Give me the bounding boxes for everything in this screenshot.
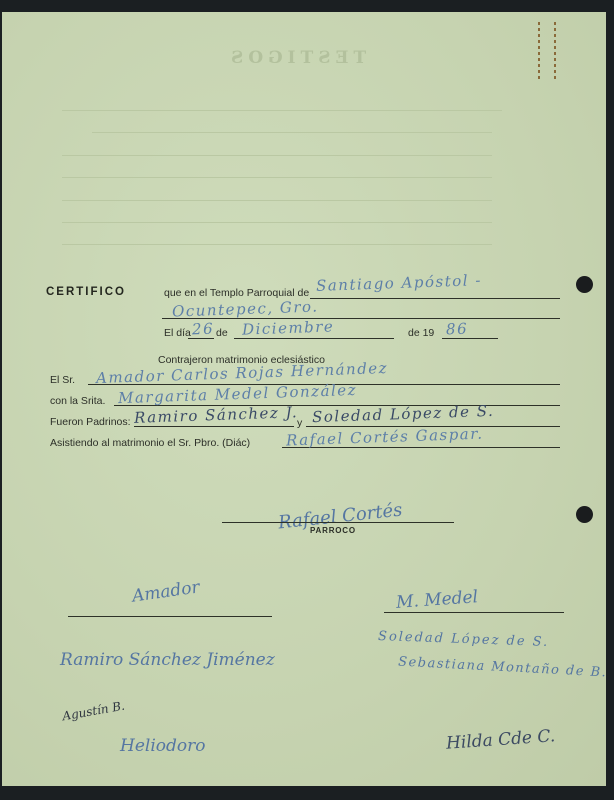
day-value: 26	[192, 320, 215, 339]
right-signature: M. Medel	[395, 587, 478, 613]
godparents-and: y	[297, 417, 302, 429]
showthrough-title: TESTIGOS	[226, 48, 366, 68]
showthrough-line	[62, 222, 492, 223]
showthrough-line	[62, 177, 492, 178]
staple-mark	[538, 22, 540, 82]
witness-signature: Sebastiana Montaño de B.	[398, 655, 608, 681]
parroco-line	[222, 522, 454, 523]
groom-label: El Sr.	[50, 374, 75, 386]
month-line	[234, 338, 394, 339]
certifico-heading: CERTIFICO	[46, 286, 126, 298]
showthrough-line	[62, 200, 492, 201]
showthrough-line	[62, 155, 492, 156]
godparent1-value: Ramiro Sánchez J.	[134, 403, 299, 427]
certificate-page: TESTIGOS CERTIFICO que en el Templo Parr…	[2, 12, 606, 786]
godparents-label: Fueron Padrinos:	[50, 416, 131, 428]
showthrough-line	[92, 132, 492, 133]
month-label: de	[216, 327, 228, 339]
right-signature-line	[384, 612, 564, 613]
temple-line	[310, 298, 560, 299]
bride-label: con la Srita.	[50, 395, 105, 407]
witness-signature: Hilda Cde C.	[445, 726, 555, 754]
priest-value: Rafael Cortés Gaspar.	[286, 425, 484, 450]
temple-value: Santiago Apóstol -	[316, 271, 482, 295]
witness-signature: Heliodoro	[120, 736, 205, 756]
year-label: de 19	[408, 327, 434, 339]
temple-label: que en el Templo Parroquial de	[164, 287, 309, 299]
day-label: El día	[164, 327, 191, 339]
left-signature-line	[68, 616, 272, 617]
punch-hole	[576, 276, 593, 293]
witness-signature: Agustín B.	[61, 699, 126, 724]
staple-mark	[554, 22, 556, 82]
witness-signature: Ramiro Sánchez Jiménez	[60, 650, 275, 670]
showthrough-line	[62, 244, 492, 245]
left-signature: Amador	[131, 577, 201, 606]
punch-hole	[576, 506, 593, 523]
year-value: 86	[446, 320, 469, 339]
month-value: Diciembre	[242, 317, 335, 338]
priest-label: Asistiendo al matrimonio el Sr. Pbro. (D…	[50, 437, 250, 449]
witness-signature: Soledad López de S.	[378, 629, 550, 650]
godparent1-line	[134, 426, 294, 427]
parroco-label: PARROCO	[310, 526, 356, 535]
showthrough-line	[62, 110, 502, 111]
